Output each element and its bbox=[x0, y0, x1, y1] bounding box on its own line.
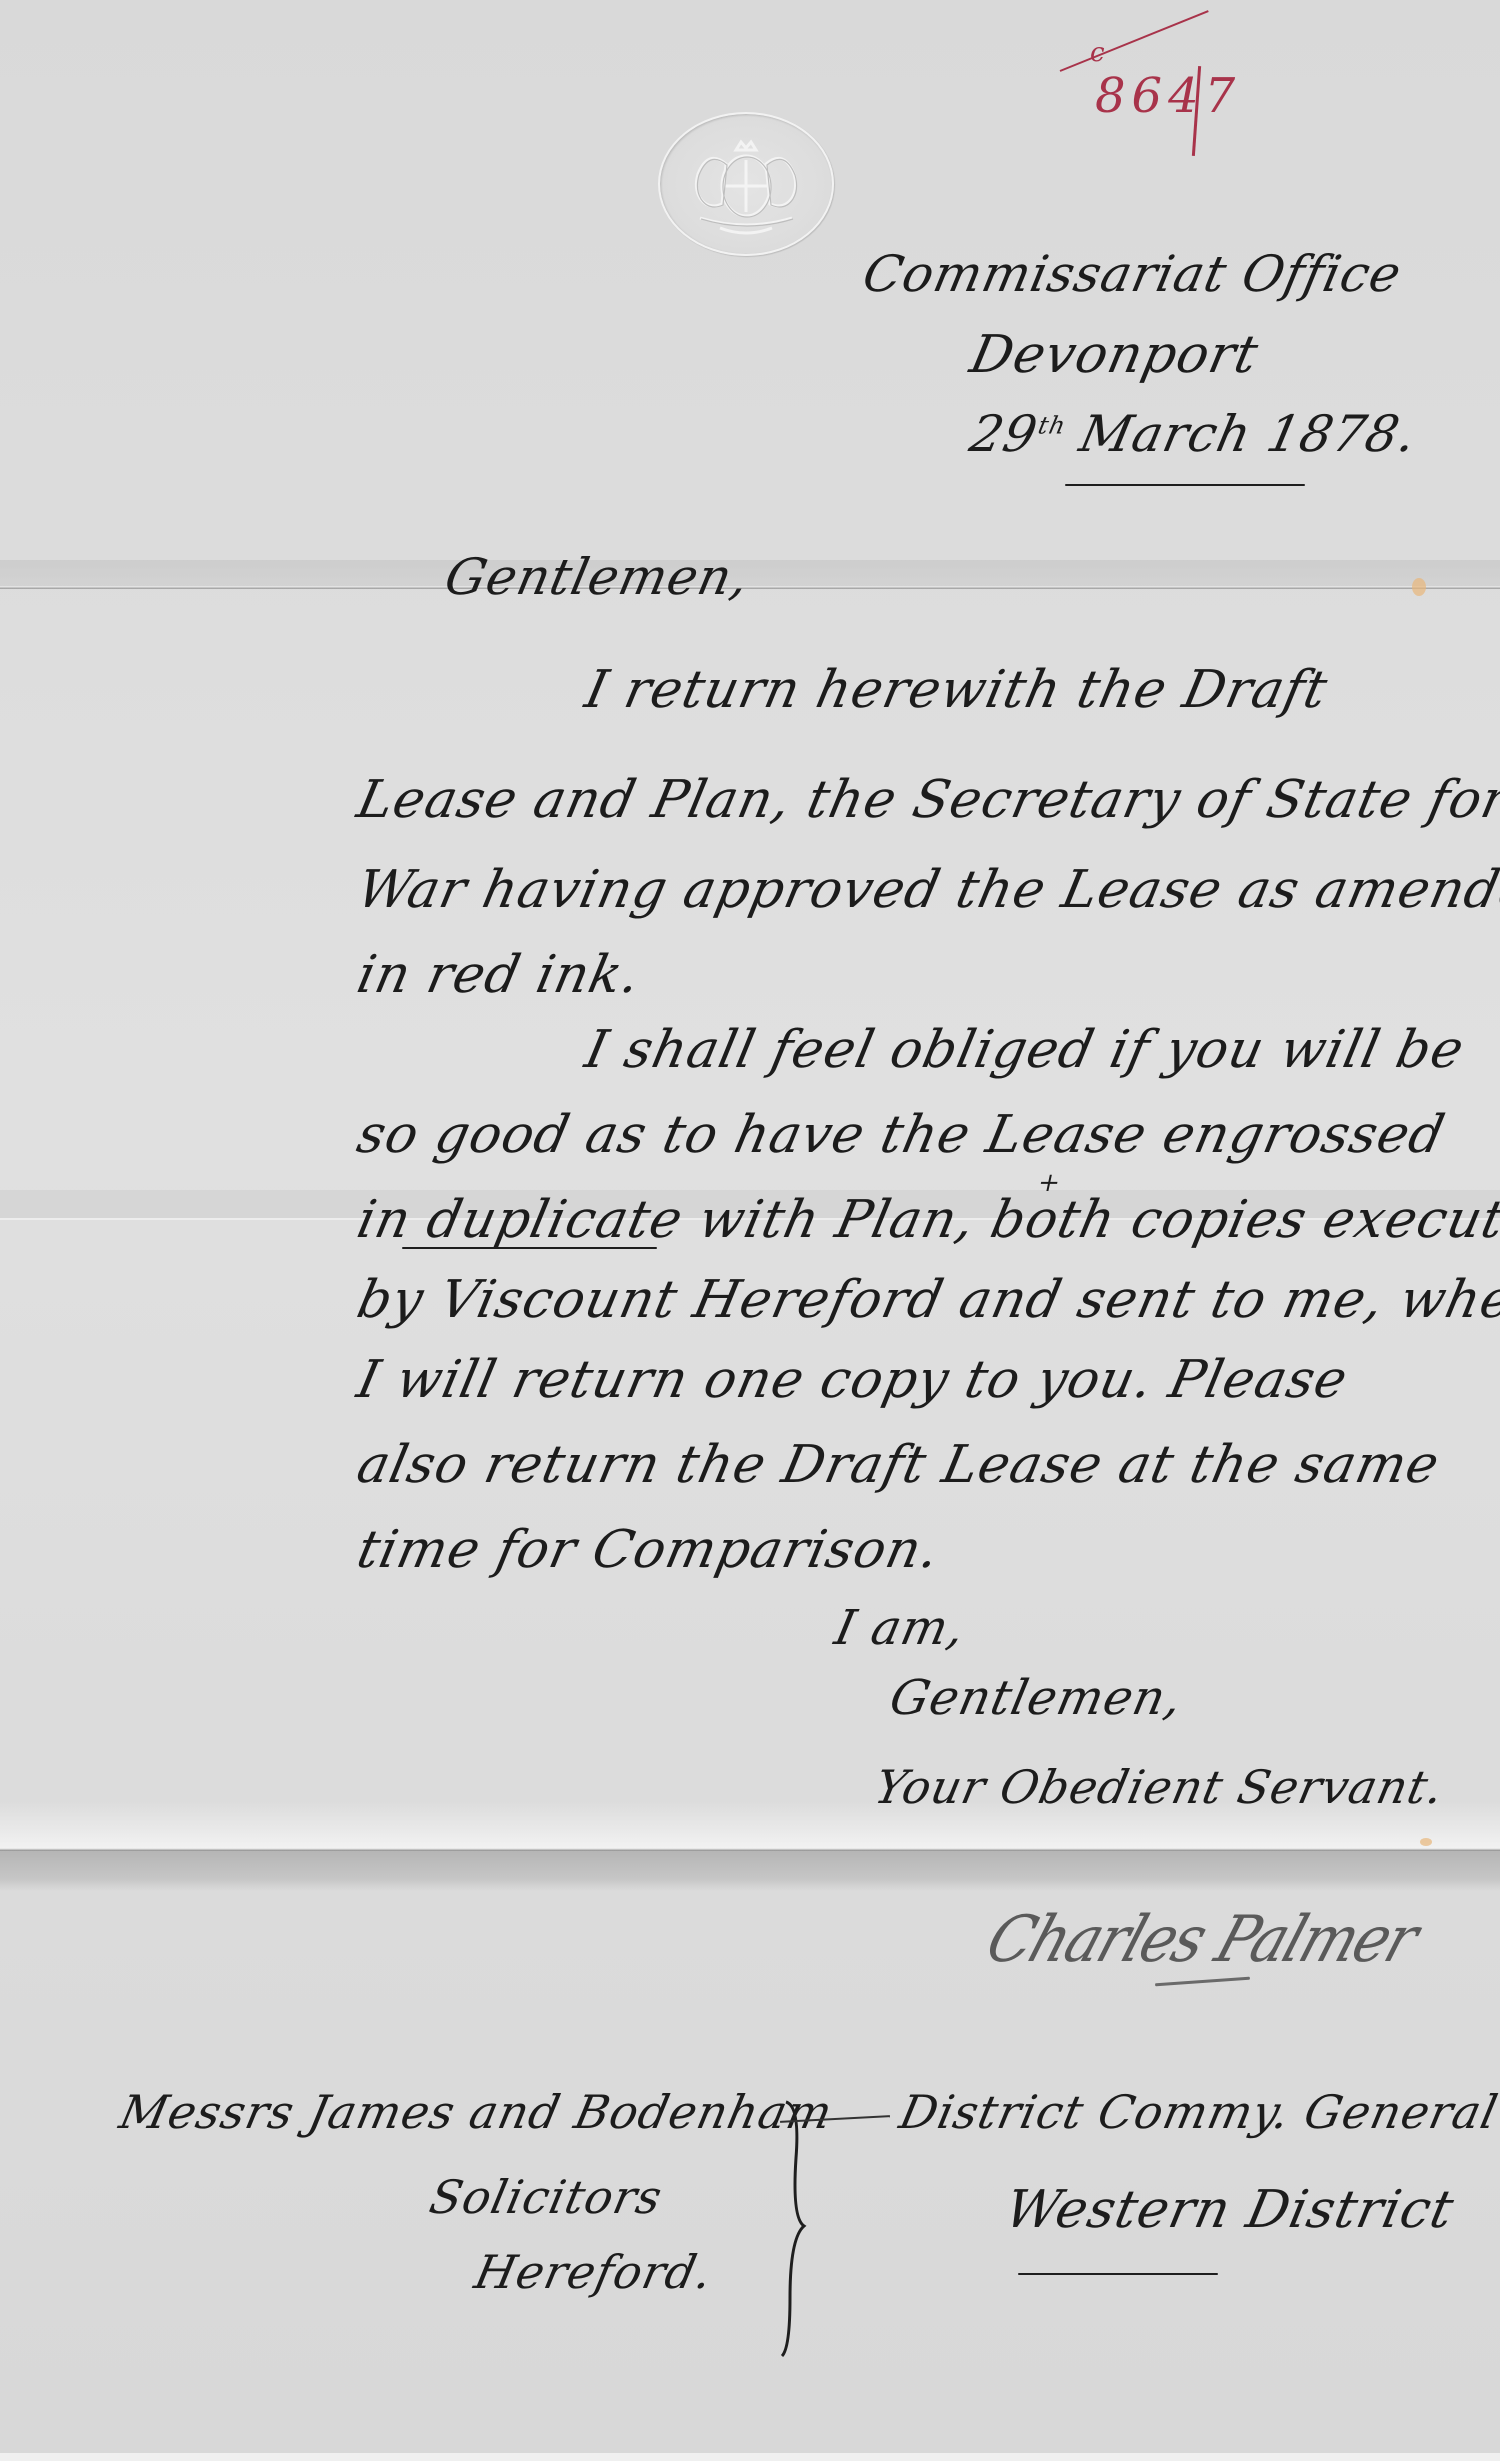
body-line: by Viscount Hereford and sent to me, whe… bbox=[352, 1270, 1500, 1330]
body-line: in red ink. bbox=[352, 945, 646, 1005]
bracket-brace-icon bbox=[778, 2098, 808, 2358]
body-line: I shall feel obliged if you will be bbox=[580, 1020, 1470, 1080]
reference-denominator: 8647 bbox=[1095, 68, 1241, 124]
recipient-line: Solicitors bbox=[425, 2170, 667, 2224]
body-line: also return the Draft Lease at the same bbox=[352, 1435, 1445, 1495]
body-line: time for Comparison. bbox=[352, 1520, 945, 1580]
sender-title-line: District Commy. General bbox=[895, 2085, 1500, 2139]
date-underline bbox=[1065, 484, 1305, 486]
sender-title-underline bbox=[1018, 2273, 1218, 2275]
fold-crease-shadow bbox=[0, 1851, 1500, 1891]
salutation: Gentlemen, bbox=[440, 548, 755, 606]
signature-underline bbox=[1155, 1977, 1250, 1987]
letter-page: c 8647 Commissariat O bbox=[0, 0, 1500, 2461]
signature: Charles Palmer bbox=[978, 1902, 1426, 1977]
body-line: War having approved the Lease as amended bbox=[352, 860, 1500, 920]
reference-slash bbox=[1060, 10, 1209, 72]
body-line: in duplicate with Plan, both copies exec… bbox=[352, 1190, 1500, 1250]
header-location-line: Devonport bbox=[965, 325, 1264, 385]
body-line: I will return one copy to you. Please bbox=[352, 1350, 1353, 1410]
body-line: so good as to have the Lease engrossed bbox=[352, 1105, 1450, 1165]
duplicate-underline bbox=[402, 1247, 657, 1249]
closing-line: Gentlemen, bbox=[885, 1670, 1188, 1726]
body-line: Lease and Plan, the Secretary of State f… bbox=[352, 770, 1500, 830]
header-office-line: Commissariat Office bbox=[858, 245, 1407, 303]
reference-number-annotation: c 8647 bbox=[990, 18, 1160, 148]
date-day: 29 bbox=[965, 405, 1043, 463]
foxing-spot bbox=[1420, 1838, 1432, 1846]
embossed-crest-icon bbox=[658, 112, 834, 256]
body-line: I return herewith the Draft bbox=[580, 660, 1333, 720]
closing-line: Your Obedient Servant. bbox=[870, 1760, 1449, 1814]
sender-title-line: Western District bbox=[1000, 2180, 1459, 2240]
fold-crease-line bbox=[0, 586, 1500, 589]
page-bottom-edge bbox=[0, 2453, 1500, 2461]
header-date-line: 29th March 1878. bbox=[965, 405, 1422, 463]
recipient-line: Messrs James and Bodenham bbox=[115, 2085, 838, 2139]
date-suffix: th bbox=[1036, 411, 1069, 439]
foxing-spot bbox=[1412, 578, 1426, 596]
closing-line: I am, bbox=[830, 1600, 971, 1656]
recipient-line: Hereford. bbox=[470, 2245, 718, 2299]
date-month-year: March 1878. bbox=[1075, 405, 1422, 463]
